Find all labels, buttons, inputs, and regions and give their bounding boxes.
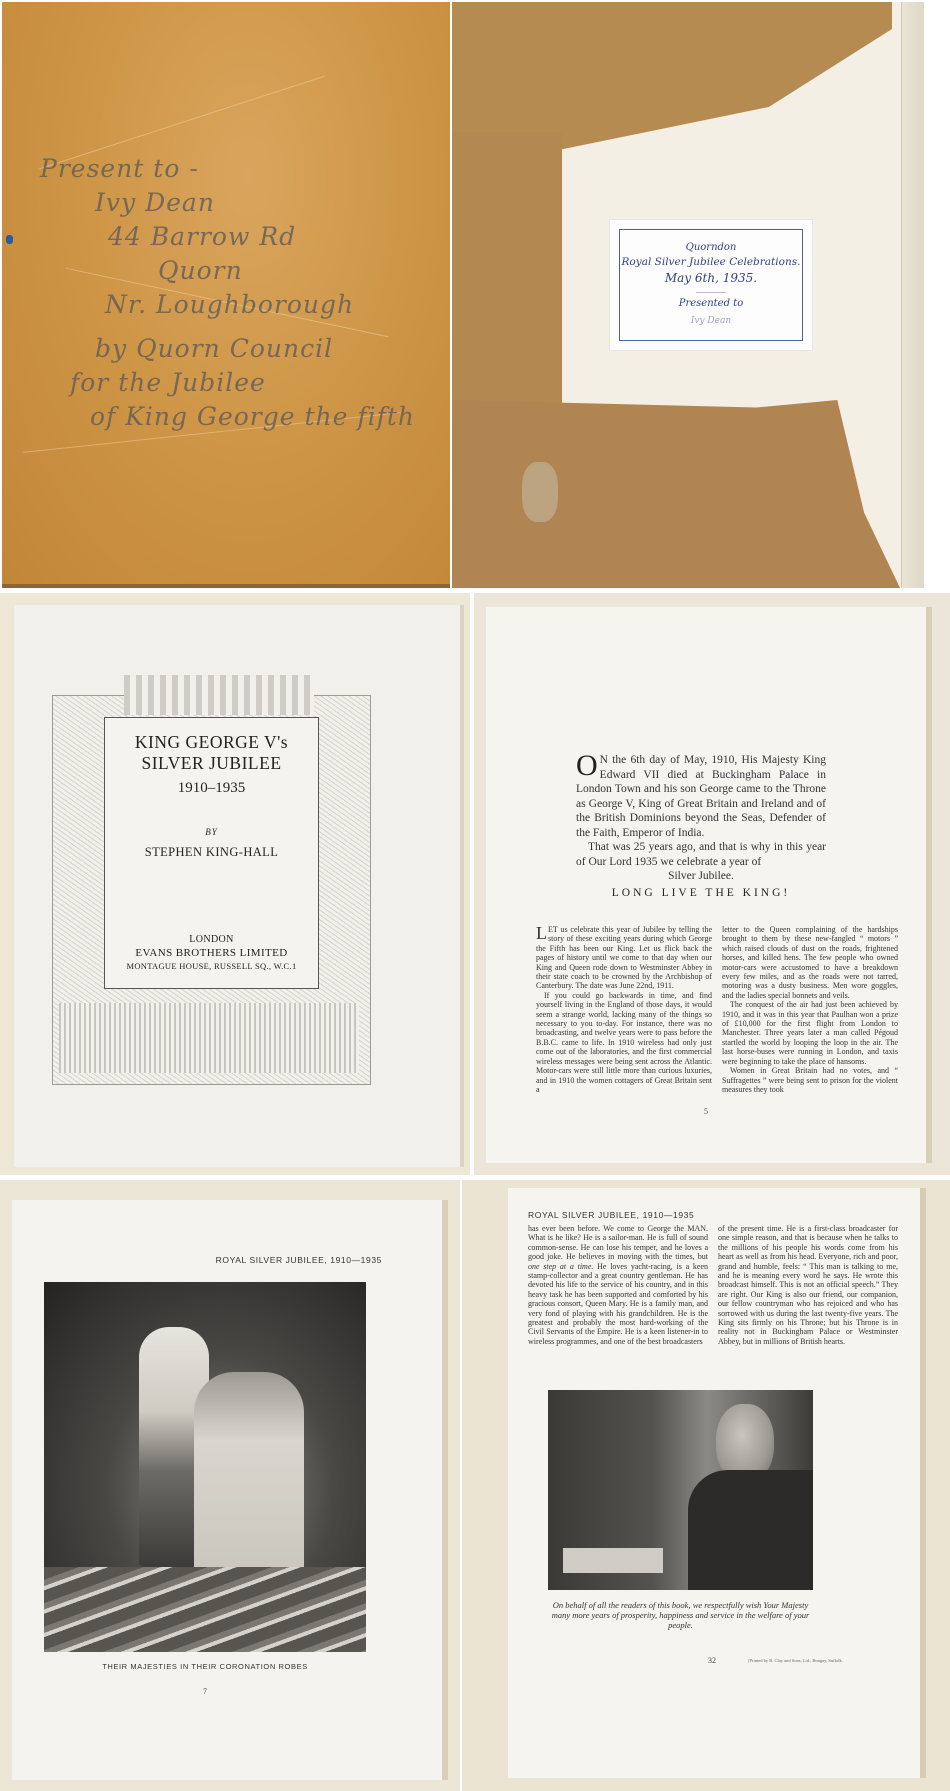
title-page: KING GEORGE V's SILVER JUBILEE 1910–1935… (14, 605, 464, 1167)
coronation-photo (44, 1282, 366, 1652)
paper-stain (522, 462, 558, 522)
inscription-line: for the Jubilee (40, 366, 420, 400)
inscription-line: 44 Barrow Rd (40, 220, 420, 254)
intro-paragraph: O N the 6th day of May, 1910, His Majest… (576, 753, 826, 884)
king-coat (688, 1470, 813, 1590)
body-text: ET us celebrate this year of Jubilee by … (536, 925, 712, 990)
label-divider (696, 292, 726, 293)
photo-page-7: ROYAL SILVER JUBILEE, 1910—1935 THEIR MA… (12, 1200, 448, 1780)
label-presented-to: Presented to (620, 298, 802, 309)
presentation-label: Quorndon Royal Silver Jubilee Celebratio… (610, 220, 812, 350)
body-text-part: He loves yacht-racing, is a keen stamp-c… (528, 1262, 708, 1346)
inscription-line: Nr. Loughborough (40, 288, 420, 322)
publisher-address: MONTAGUE HOUSE, RUSSELL SQ., W.C.1 (105, 961, 318, 971)
pencil-inscription: Present to - Ivy Dean 44 Barrow Rd Quorn… (40, 152, 420, 434)
text-column-right: of the present time. He is a first-class… (718, 1224, 898, 1346)
title-page-panel: KING GEORGE V's SILVER JUBILEE 1910–1935… (0, 593, 470, 1175)
wrapper-flap-left (452, 132, 562, 412)
book-title-line2: SILVER JUBILEE (105, 753, 318, 774)
two-column-text: L ET us celebrate this year of Jubilee b… (536, 925, 898, 1094)
author-name: STEPHEN KING-HALL (105, 845, 318, 860)
book-title-line1: KING GEORGE V's (105, 732, 318, 753)
printer-imprint: [Printed by R. Clay and Sons, Ltd., Bung… (748, 1658, 843, 1663)
intro-text: N the 6th day of May, 1910, His Majesty … (576, 754, 826, 839)
text-page-5: O N the 6th day of May, 1910, His Majest… (486, 607, 932, 1163)
body-text: letter to the Queen complaining of the h… (722, 925, 898, 1000)
label-recipient: Ivy Dean (620, 316, 802, 326)
crowd-illustration (59, 1003, 359, 1073)
book-spine (901, 2, 924, 588)
label-event: Royal Silver Jubilee Celebrations. (620, 256, 802, 268)
inscription-line: by Quorn Council (40, 332, 420, 366)
drop-cap: L (536, 925, 547, 941)
publisher-name: EVANS BROTHERS LIMITED (105, 947, 318, 959)
text-column-right: letter to the Queen complaining of the h… (722, 925, 898, 1094)
publisher-city: LONDON (105, 934, 318, 945)
king-portrait-photo (548, 1390, 813, 1590)
text-page-32: ROYAL SILVER JUBILEE, 1910—1935 has ever… (508, 1188, 926, 1778)
body-text: has ever been before. We come to George … (528, 1224, 708, 1346)
inscription-line: Quorn (40, 254, 420, 288)
photo-caption: On behalf of all the readers of this boo… (548, 1600, 813, 1630)
intro-text: That was 25 years ago, and that is why i… (576, 840, 826, 869)
wrapper-flap-bottom (452, 400, 900, 588)
intro-text-end: Silver Jubilee. (576, 869, 826, 884)
emphasis-text: one step at a time. (528, 1262, 593, 1271)
page-number: 32 (708, 1656, 716, 1665)
drop-cap: O (576, 753, 598, 779)
body-text: Women in Great Britain had no votes, and… (722, 1066, 898, 1094)
envelope-front-panel: Present to - Ivy Dean 44 Barrow Rd Quorn… (2, 2, 450, 588)
wrapper-flap-top (452, 2, 892, 152)
page-5-panel: O N the 6th day of May, 1910, His Majest… (474, 593, 950, 1175)
page-7-panel: ROYAL SILVER JUBILEE, 1910—1935 THEIR MA… (0, 1180, 460, 1791)
photo-caption: THEIR MAJESTIES IN THEIR CORONATION ROBE… (44, 1662, 366, 1671)
page-number: 5 (486, 1107, 926, 1116)
presentation-label-panel: Quorndon Royal Silver Jubilee Celebratio… (452, 2, 924, 588)
two-column-text: has ever been before. We come to George … (528, 1224, 898, 1346)
label-border: Quorndon Royal Silver Jubilee Celebratio… (619, 229, 803, 341)
page-number: 7 (44, 1687, 366, 1696)
label-town: Quorndon (620, 242, 802, 253)
body-text: If you could go backwards in time, and f… (536, 991, 712, 1094)
robe-carpet (44, 1567, 366, 1652)
label-date: May 6th, 1935. (620, 271, 802, 285)
page-32-panel: ROYAL SILVER JUBILEE, 1910—1935 has ever… (462, 1180, 950, 1791)
castle-illustration (124, 675, 314, 715)
running-head: ROYAL SILVER JUBILEE, 1910—1935 (528, 1210, 694, 1220)
inscription-line: of King George the fifth (40, 400, 420, 434)
body-text: of the present time. He is a first-class… (718, 1224, 898, 1346)
text-column-left: has ever been before. We come to George … (528, 1224, 708, 1346)
body-text-part: has ever been before. We come to George … (528, 1224, 708, 1261)
inscription-line: Ivy Dean (40, 186, 420, 220)
text-column-left: L ET us celebrate this year of Jubilee b… (536, 925, 712, 1094)
by-label: BY (105, 827, 318, 837)
inscription-line: Present to - (40, 152, 420, 186)
body-text: The conquest of the air had just been ac… (722, 1000, 898, 1066)
ink-spot (6, 235, 13, 244)
writing-desk (563, 1548, 663, 1573)
running-head: ROYAL SILVER JUBILEE, 1910—1935 (12, 1255, 382, 1265)
title-block: KING GEORGE V's SILVER JUBILEE 1910–1935… (104, 717, 319, 989)
section-heading: LONG LIVE THE KING! (576, 887, 826, 899)
book-years: 1910–1935 (105, 780, 318, 797)
